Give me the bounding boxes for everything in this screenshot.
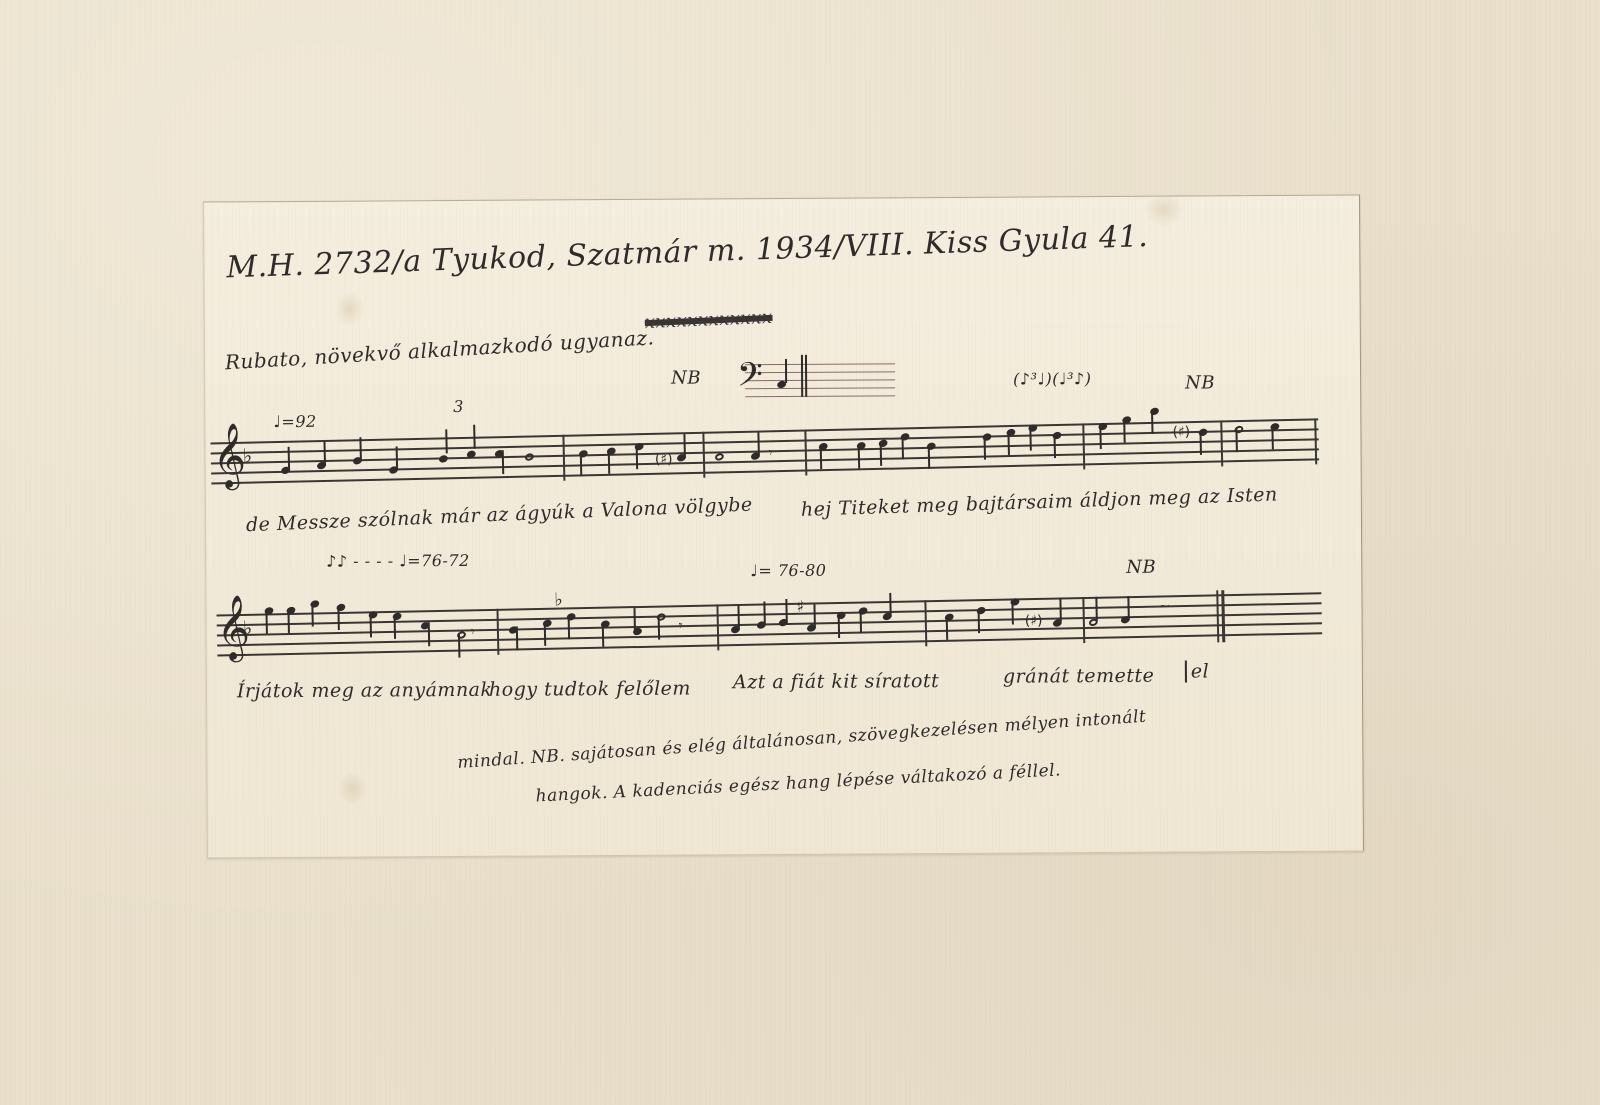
staff-2: 𝄞 ♭ 𝄾 ♭ 𝄾 (217, 592, 1323, 658)
lyrics-line-2a: Írjátok meg az anyámnak (237, 679, 493, 703)
inset-bass-staff (745, 363, 895, 398)
trill-icon: ~ (1158, 599, 1170, 613)
paper-stain (337, 772, 367, 806)
flat-key-signature-icon: ♭ (243, 618, 253, 638)
tempo-mark-3: ♩= 76-80 (750, 561, 826, 580)
lyrics-line-1a: de Messze szólnak már az ágyúk a Valona … (246, 494, 754, 537)
paper-stain (335, 292, 365, 326)
performance-note: Rubato, növekvő alkalmazkodó ugyanaz. (224, 325, 655, 374)
sharp-accidental-icon: (♯) (1025, 614, 1043, 628)
nb-mark: NB (1185, 372, 1215, 393)
nb-mark: NB (1126, 557, 1156, 578)
note-stem (785, 359, 787, 383)
lyrics-line-2e: el (1185, 660, 1209, 682)
manuscript-card: M.H. 2732/a Tyukod, Szatmár m. 1934/VIII… (203, 194, 1364, 858)
sharp-accidental-icon: (♯) (1172, 425, 1190, 439)
triplet-mark: 3 (453, 397, 464, 416)
tempo-mark-2: ♪♪ - - - - ♩=76-72 (326, 551, 470, 571)
treble-clef-icon: 𝄞 (212, 428, 246, 485)
rest-icon: 𝄾 (471, 625, 475, 639)
paper-stain (1144, 193, 1184, 227)
lyrics-line-2b: hogy tudtok felőlem (489, 678, 691, 701)
double-bar-icon (801, 355, 803, 397)
lyrics-line-2c: Azt a fiát kit síratott (733, 670, 939, 693)
sharp-accidental-icon: (♯) (655, 452, 673, 466)
final-double-bar-icon (1216, 590, 1225, 642)
tempo-mark-1: ♩=92 (273, 412, 316, 431)
lyrics-line-1b: hej Titeket meg bajtársaim áldjon meg az… (801, 484, 1278, 521)
flat-key-signature-icon: ♭ (243, 446, 253, 466)
fermata-sharp-icon: ♯ (796, 599, 804, 615)
rest-icon: 𝄾 (679, 619, 683, 633)
rhythm-variant-mark: (♪³♩)(♩³♪) (1013, 369, 1091, 388)
nb-mark: NB (671, 368, 701, 389)
flat-accidental-icon: ♭ (554, 592, 563, 610)
catalog-header: M.H. 2732/a Tyukod, Szatmár m. 1934/VIII… (226, 219, 1149, 285)
footnote-line-2: hangok. A kadenciás egész hang lépése vá… (535, 760, 1061, 806)
mounting-board: M.H. 2732/a Tyukod, Szatmár m. 1934/VIII… (0, 0, 1600, 1105)
rest-icon: 𝄾 (769, 446, 773, 460)
staff-1: 𝄞 ♭ (♯) 𝄾 (210, 418, 1319, 486)
lyrics-line-2d: gránát temette (1003, 665, 1155, 688)
bass-clef-icon: 𝄢 (737, 359, 763, 399)
struck-out-text: xxxxxxxxxxxx (644, 307, 773, 333)
